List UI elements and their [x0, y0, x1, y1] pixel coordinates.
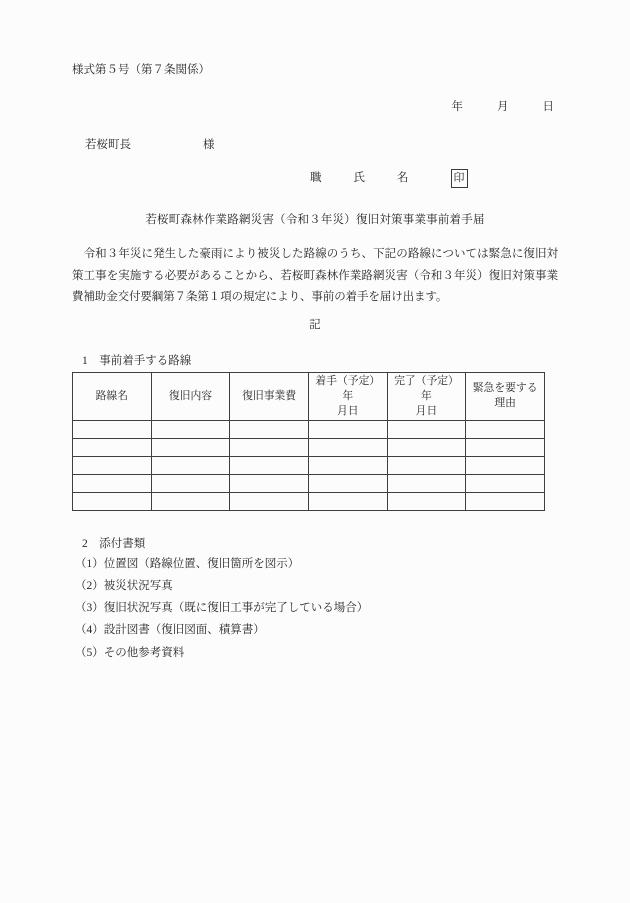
table-column-header: 着手（予定）年 月日 [308, 372, 387, 420]
table-empty-cell [308, 438, 387, 456]
table-empty-cell [387, 420, 466, 438]
table-empty-row [73, 474, 545, 492]
table-column-header: 路線名 [73, 372, 152, 420]
table-empty-cell [151, 438, 230, 456]
table-empty-cell [73, 474, 152, 492]
table-empty-row [73, 492, 545, 510]
document-page: 様式第５号（第７条関係） 年 月 日 若桜町長 様 職 氏 名 印 若桜町森林作… [0, 0, 630, 903]
advance-start-routes-table: 路線名復旧内容復旧事業費着手（予定）年 月日完了（予定）年 月日緊急を要する 理… [72, 372, 545, 511]
table-empty-cell [73, 438, 152, 456]
table-empty-cell [387, 492, 466, 510]
table-body [73, 420, 545, 510]
attachment-list-item: （3）復旧状況写真（既に復旧工事が完了している場合） [75, 597, 558, 619]
date-month-label: 月 [497, 99, 509, 115]
table-empty-cell [73, 456, 152, 474]
record-heading: 記 [72, 317, 558, 333]
attachment-list-item: （2）被災状況写真 [75, 575, 558, 597]
table-column-header: 完了（予定）年 月日 [387, 372, 466, 420]
table-column-header: 復旧内容 [151, 372, 230, 420]
date-line: 年 月 日 [72, 99, 558, 115]
table-empty-cell [230, 420, 309, 438]
table-empty-cell [466, 438, 545, 456]
addressee-line: 若桜町長 様 [72, 137, 558, 153]
signature-given-name-label: 名 [397, 170, 409, 186]
signature-role-label: 職 [310, 170, 322, 186]
document-title: 若桜町森林作業路網災害（令和３年災）復旧対策事業事前着手届 [72, 212, 558, 228]
table-empty-cell [387, 456, 466, 474]
attachment-list-item: （5）その他参考資料 [75, 642, 558, 664]
table-empty-cell [308, 420, 387, 438]
table-empty-cell [308, 492, 387, 510]
table-empty-cell [387, 438, 466, 456]
table-empty-cell [466, 474, 545, 492]
table-empty-cell [387, 474, 466, 492]
table-empty-cell [308, 474, 387, 492]
section1-heading: 1 事前着手する路線 [72, 353, 558, 369]
body-paragraph: 令和３年災に発生した豪雨により被災した路線のうち、下記の路線については緊急に復旧… [72, 244, 558, 309]
attachment-list-item: （1）位置図（路線位置、復旧箇所を図示） [75, 553, 558, 575]
table-empty-cell [151, 420, 230, 438]
table-empty-cell [151, 456, 230, 474]
table-empty-cell [466, 420, 545, 438]
attachment-list-item: （4）設計図書（復旧図面、積算書） [75, 619, 558, 641]
seal-box: 印 [451, 169, 468, 188]
table-empty-cell [230, 492, 309, 510]
date-year-label: 年 [452, 99, 464, 115]
addressee-title: 若桜町長 [85, 137, 131, 153]
table-empty-cell [466, 456, 545, 474]
form-number: 様式第５号（第７条関係） [72, 62, 558, 78]
signature-line: 職 氏 名 印 [72, 168, 558, 188]
table-empty-cell [230, 474, 309, 492]
table-empty-cell [151, 492, 230, 510]
section2-heading: 2 添付書類 [72, 536, 558, 552]
table-empty-cell [308, 456, 387, 474]
addressee-honorific: 様 [203, 137, 215, 153]
table-empty-cell [230, 456, 309, 474]
table-empty-row [73, 420, 545, 438]
table-empty-cell [73, 420, 152, 438]
date-day-label: 日 [543, 99, 555, 115]
table-header-row: 路線名復旧内容復旧事業費着手（予定）年 月日完了（予定）年 月日緊急を要する 理… [73, 372, 545, 420]
table-empty-cell [151, 474, 230, 492]
table-empty-cell [230, 438, 309, 456]
table-empty-cell [73, 492, 152, 510]
signature-surname-label: 氏 [354, 170, 366, 186]
table-empty-row [73, 456, 545, 474]
table-empty-row [73, 438, 545, 456]
table-column-header: 復旧事業費 [230, 372, 309, 420]
table-empty-cell [466, 492, 545, 510]
table-column-header: 緊急を要する 理由 [466, 372, 545, 420]
attachment-list: （1）位置図（路線位置、復旧箇所を図示）（2）被災状況写真（3）復旧状況写真（既… [72, 553, 558, 664]
